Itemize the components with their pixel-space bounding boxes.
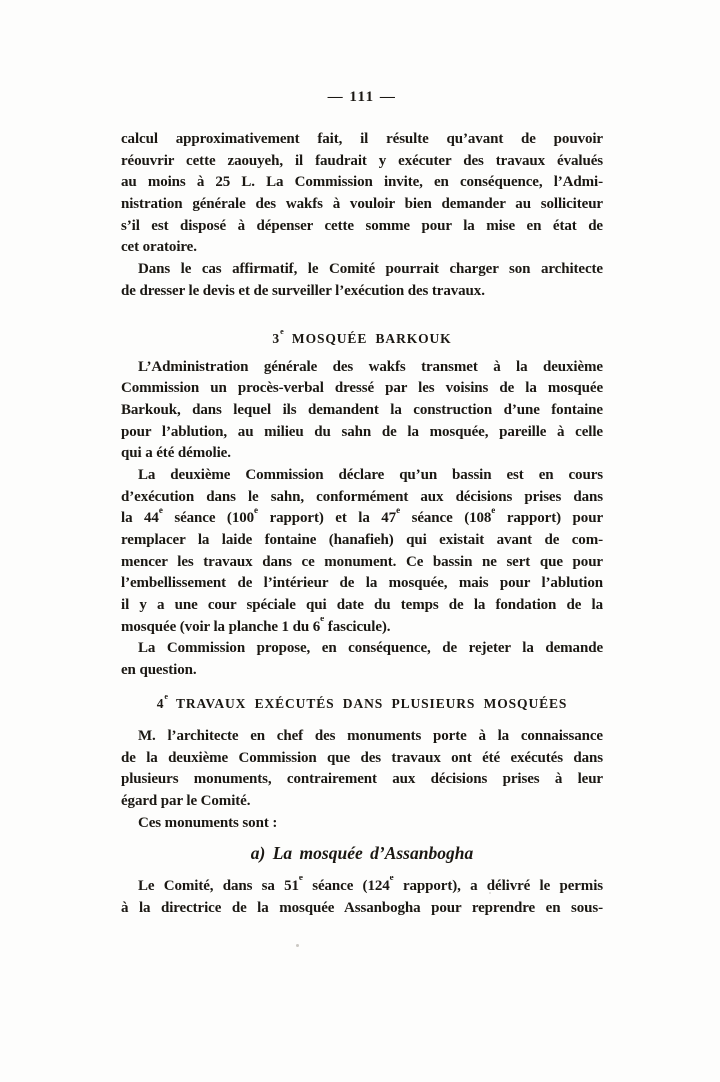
paragraph: Dans le cas affirmatif, le Comité pourra… — [121, 259, 603, 302]
subsection-heading-mosquee-assanbogha: a) La mosquée d’Assanbogha — [121, 842, 603, 864]
text-line: de la deuxième Commission que des travau… — [121, 748, 603, 770]
text-line: il y a une cour spéciale qui date du tem… — [121, 595, 603, 617]
paragraph: La Commission propose, en conséquence, d… — [121, 638, 603, 681]
paragraph: L’Administration générale des wakfs tran… — [121, 357, 603, 465]
text-line: nistration générale des wakfs à vouloir … — [121, 194, 603, 216]
section-heading-mosquee-barkouk: 3e MOSQUÉE BARKOUK — [121, 330, 603, 348]
text-line: calcul approximativement fait, il résult… — [121, 129, 603, 151]
text-line: à la directrice de la mosquée Assanbogha… — [121, 898, 603, 920]
text-line: cet oratoire. — [121, 237, 603, 259]
text-line: La deuxième Commission déclare qu’un bas… — [121, 465, 603, 487]
text-line: Le Comité, dans sa 51e séance (124e rapp… — [121, 876, 603, 898]
text-line: M. l’architecte en chef des monuments po… — [121, 726, 603, 748]
paragraph: Ces monuments sont : — [121, 813, 603, 835]
text-line: L’Administration générale des wakfs tran… — [121, 357, 603, 379]
text-line: Barkouk, dans lequel ils demandent la co… — [121, 400, 603, 422]
text-line: de dresser le devis et de surveiller l’e… — [121, 281, 603, 303]
text-line: égard par le Comité. — [121, 791, 603, 813]
text-line: en question. — [121, 660, 603, 682]
paragraph: Le Comité, dans sa 51e séance (124e rapp… — [121, 876, 603, 919]
scanned-page: — 111 — calcul approximativement fait, i… — [0, 0, 720, 1082]
text-line: s’il est disposé à dépenser cette somme … — [121, 216, 603, 238]
text-line: la 44e séance (100e rapport) et la 47e s… — [121, 508, 603, 530]
text-line: réouvrir cette zaouyeh, il faudrait y ex… — [121, 151, 603, 173]
section-heading-travaux-executes: 4e TRAVAUX EXÉCUTÉS DANS PLUSIEURS MOSQU… — [121, 695, 603, 713]
text-line: Commission un procès-verbal dressé par l… — [121, 378, 603, 400]
text-line: Dans le cas affirmatif, le Comité pourra… — [121, 259, 603, 281]
paragraph: M. l’architecte en chef des monuments po… — [121, 726, 603, 813]
text-line: remplacer la laide fontaine (hanafieh) q… — [121, 530, 603, 552]
text-line: l’embellissement de l’intérieur de la mo… — [121, 573, 603, 595]
text-line: qui a été démolie. — [121, 443, 603, 465]
text-line: mosquée (voir la planche 1 du 6e fascicu… — [121, 617, 603, 639]
paragraph: calcul approximativement fait, il résult… — [121, 129, 603, 259]
text-line: d’exécution dans le sahn, conformément a… — [121, 487, 603, 509]
page-number: — 111 — — [121, 86, 603, 108]
scan-speck — [296, 944, 299, 947]
text-line: mencer les travaux dans ce monument. Ce … — [121, 552, 603, 574]
text-block: — 111 — calcul approximativement fait, i… — [121, 86, 603, 920]
text-line: plusieurs monuments, contrairement aux d… — [121, 769, 603, 791]
scan-speck — [489, 892, 491, 894]
text-line: pour l’ablution, au milieu du sahn de la… — [121, 422, 603, 444]
text-line: La Commission propose, en conséquence, d… — [121, 638, 603, 660]
text-line: au moins à 25 L. La Commission invite, e… — [121, 172, 603, 194]
paragraph: La deuxième Commission déclare qu’un bas… — [121, 465, 603, 639]
text-line: Ces monuments sont : — [121, 813, 603, 835]
